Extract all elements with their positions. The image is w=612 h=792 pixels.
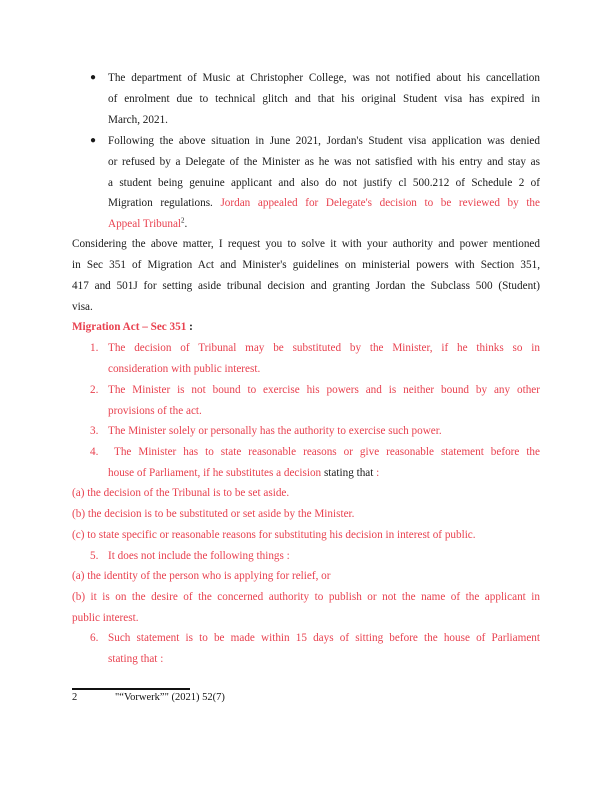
item-number: 6. [90, 632, 98, 644]
bullet-2-text-black: Migration regulations. [108, 197, 220, 209]
footnote-text: "“Vorwerk”" (2021) 52(7) [115, 692, 225, 703]
appeal-tribunal-text: Appeal Tribunal [108, 218, 181, 230]
bullet-1-line-3: March, 2021. [108, 114, 168, 126]
bullet-1-line-2: of enrolment due to technical glitch and… [108, 93, 540, 105]
item-4-line-2: house of Parliament, if he substitutes a… [108, 467, 379, 479]
item-number: 4. [90, 446, 98, 458]
sub-item-5a: (a) the identity of the person who is ap… [72, 570, 330, 582]
bullet-icon: ● [90, 72, 96, 83]
item-1-line-2: consideration with public interest. [108, 363, 260, 375]
sub-item-5b-line-1: (b) it is on the desire of the concerned… [72, 591, 540, 603]
paragraph-line-1: Considering the above matter, I request … [72, 238, 540, 250]
bullet-2-line-4: Migration regulations. Jordan appealed f… [108, 197, 540, 209]
bullet-icon: ● [90, 135, 96, 146]
paragraph-line-3: 417 and 501J for setting aside tribunal … [72, 280, 540, 292]
item-2-line-1: The Minister is not bound to exercise hi… [108, 384, 540, 396]
appeal-text: Jordan appealed for Delegate's decision … [220, 197, 540, 209]
item-5-line-1: It does not include the following things… [108, 550, 290, 562]
footnote-number: 2 [72, 692, 77, 703]
bullet-1-line-1: The department of Music at Christopher C… [108, 72, 540, 84]
paragraph-line-4: visa. [72, 301, 93, 313]
item-number: 1. [90, 342, 98, 354]
paragraph-line-2: in Sec 351 of Migration Act and Minister… [72, 259, 540, 271]
footnote-separator [72, 688, 190, 690]
item-number: 2. [90, 384, 98, 396]
sub-item-5b-line-2: public interest. [72, 612, 139, 624]
bullet-2-line-1: Following the above situation in June 20… [108, 135, 540, 147]
bullet-2-line-3: a student being genuine applicant and al… [108, 177, 540, 189]
sub-item-a: (a) the decision of the Tribunal is to b… [72, 487, 289, 499]
item-1-line-1: The decision of Tribunal may be substitu… [108, 342, 540, 354]
item-number: 3. [90, 425, 98, 437]
sub-item-b: (b) the decision is to be substituted or… [72, 508, 354, 520]
item-2-line-2: provisions of the act. [108, 405, 202, 417]
bullet-2-line-5: Appeal Tribunal2. [108, 218, 187, 230]
item-6-line-1: Such statement is to be made within 15 d… [108, 632, 540, 644]
section-heading: Migration Act – Sec 351 : [72, 321, 193, 333]
sub-item-c: (c) to state specific or reasonable reas… [72, 529, 476, 541]
item-number: 5. [90, 550, 98, 562]
item-3-line-1: The Minister solely or personally has th… [108, 425, 442, 437]
bullet-2-line-2: or refused by a Delegate of the Minister… [108, 156, 540, 168]
item-6-line-2: stating that : [108, 653, 163, 665]
item-4-line-1: The Minister has to state reasonable rea… [114, 446, 540, 458]
